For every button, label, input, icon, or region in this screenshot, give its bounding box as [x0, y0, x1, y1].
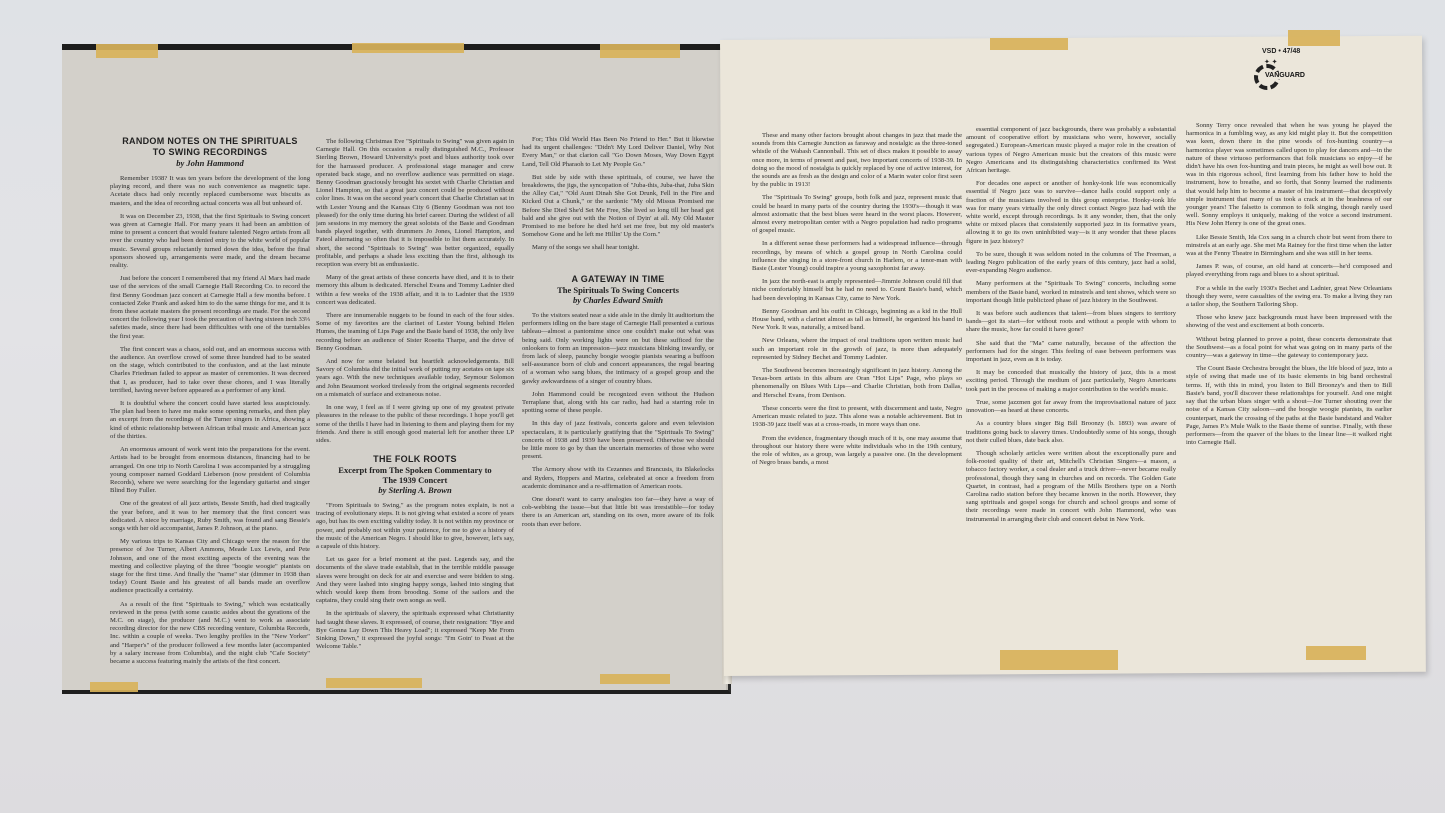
- paragraph: True, some jazzmen got far away from the…: [966, 399, 1176, 415]
- paragraph: An enormous amount of work went into the…: [110, 446, 310, 495]
- article-subtitle: Excerpt from The Spoken Commentary to: [316, 465, 514, 475]
- byline: by John Hammond: [110, 158, 310, 169]
- byline: by Sterling A. Brown: [316, 485, 514, 496]
- paragraph: These concerts were the first to present…: [752, 405, 962, 430]
- paragraph: The Armory show with its Cezannes and Br…: [522, 466, 714, 491]
- paragraph: These and many other factors brought abo…: [752, 132, 962, 189]
- paragraph: The first concert was a chaos, sold out,…: [110, 346, 310, 395]
- paragraph: essential component of jazz backgrounds,…: [966, 126, 1176, 175]
- vanguard-logo-icon: ✦ ✦ VANGUARD: [1250, 58, 1310, 98]
- article-title: THE FOLK ROOTS: [316, 454, 514, 465]
- paragraph: It may be conceded that musically the hi…: [966, 369, 1176, 394]
- paragraph: Many of the songs we shall hear tonight.: [522, 244, 714, 252]
- paragraph: James P. was, of course, an old hand at …: [1186, 263, 1392, 279]
- masking-tape: [90, 682, 138, 692]
- paragraph: One doesn't want to carry analogies too …: [522, 496, 714, 529]
- paragraph: The Southwest becomes increasingly signi…: [752, 367, 962, 400]
- paragraph: New Orleans, where the impact of oral tr…: [752, 337, 962, 362]
- paragraph: It is doubtful where the concert could h…: [110, 400, 310, 441]
- paragraph: Without being planned to prove a point, …: [1186, 336, 1392, 361]
- masking-tape: [352, 43, 464, 53]
- paragraph: As a result of the first "Spirituals to …: [110, 601, 310, 667]
- article-folk-roots: THE FOLK ROOTS Excerpt from The Spoken C…: [316, 454, 514, 676]
- article-subtitle: The 1939 Concert: [316, 475, 514, 485]
- article-title: RANDOM NOTES ON THE SPIRITUALS TO SWING …: [110, 136, 310, 158]
- paragraph: Let us gaze for a brief moment at the pa…: [316, 556, 514, 605]
- article-title: A GATEWAY IN TIME: [522, 274, 714, 285]
- paragraph: And now for some belated but heartfelt a…: [316, 358, 514, 399]
- paragraph: She said that the "Ma" came naturally, b…: [966, 340, 1176, 365]
- paragraph: Though scholarly articles were written a…: [966, 450, 1176, 524]
- masking-tape: [1306, 646, 1366, 660]
- masking-tape: [1000, 650, 1118, 670]
- article-random-notes: RANDOM NOTES ON THE SPIRITUALS TO SWING …: [110, 136, 310, 676]
- article-subtitle: The Spirituals To Swing Concerts: [522, 285, 714, 295]
- paragraph: It was before such audiences that talent…: [966, 310, 1176, 335]
- article-gateway-in-time: A GATEWAY IN TIME The Spirituals To Swin…: [522, 274, 714, 676]
- paragraph: My various trips to Kansas City and Chic…: [110, 538, 310, 595]
- article-gateway-continued-col3: Sonny Terry once revealed that when he w…: [1186, 122, 1392, 642]
- paragraph: The "Spirituals To Swing" groups, both f…: [752, 194, 962, 235]
- paragraph: Benny Goodman and his outfit in Chicago,…: [752, 308, 962, 333]
- paragraph: For a while in the early 1930's Bechet a…: [1186, 285, 1392, 310]
- bird-icon: ✦ ✦: [1264, 58, 1277, 66]
- catalog-number: VSD • 47/48: [1262, 48, 1300, 55]
- paragraph: The following Christmas Eve "Spirituals …: [316, 138, 514, 269]
- paragraph: In a different sense these performers ha…: [752, 240, 962, 273]
- article-gateway-continued-col2: essential component of jazz backgrounds,…: [966, 126, 1176, 646]
- paragraph: In this day of jazz festivals, concerts …: [522, 420, 714, 461]
- masking-tape: [326, 678, 422, 688]
- title-line: TO SWING RECORDINGS: [110, 147, 310, 158]
- masking-tape: [1288, 30, 1340, 46]
- masking-tape: [990, 38, 1068, 50]
- paragraph: Many performers at the "Spirituals To Sw…: [966, 280, 1176, 305]
- paragraph: Many of the great artists of these conce…: [316, 274, 514, 307]
- paragraph: From the evidence, fragmentary though mu…: [752, 435, 962, 468]
- paragraph: To the visitors seated near a side aisle…: [522, 312, 714, 386]
- paragraph: John Hammond could be recognized even wi…: [522, 391, 714, 416]
- masking-tape: [96, 44, 158, 58]
- paragraph: "From Spirituals to Swing," as the progr…: [316, 502, 514, 551]
- paragraph: Those who knew jazz backgrounds must hav…: [1186, 314, 1392, 330]
- paragraph: In the spirituals of slavery, the spirit…: [316, 610, 514, 651]
- paragraph: One of the greatest of all jazz artists,…: [110, 500, 310, 533]
- paragraph: To be sure, though it was seldom noted i…: [966, 251, 1176, 276]
- paragraph: It was on December 23, 1938, that the fi…: [110, 213, 310, 270]
- paragraph: As a country blues singer Big Bill Broon…: [966, 420, 1176, 445]
- label-logo-text: VANGUARD: [1264, 72, 1306, 79]
- paragraph: For decades one aspect or another of hon…: [966, 180, 1176, 246]
- paragraph: For; This Old World Has Been No Friend t…: [522, 136, 714, 169]
- masking-tape: [600, 44, 680, 58]
- paragraph: In jazz the north-east is amply represen…: [752, 278, 962, 303]
- paragraph: There are innumerable nuggets to be foun…: [316, 312, 514, 353]
- paragraph: Remember 1938? It was ten years before t…: [110, 175, 310, 208]
- byline: by Charles Edward Smith: [522, 295, 714, 306]
- paragraph: The Count Basie Orchestra brought the bl…: [1186, 365, 1392, 447]
- paragraph: Sonny Terry once revealed that when he w…: [1186, 122, 1392, 229]
- title-line: RANDOM NOTES ON THE SPIRITUALS: [110, 136, 310, 147]
- article-random-notes-continued: The following Christmas Eve "Spirituals …: [316, 138, 514, 488]
- paragraph: But side by side with these spirituals, …: [522, 174, 714, 240]
- article-gateway-continued-col1: These and many other factors brought abo…: [752, 132, 962, 652]
- paragraph: In one way, I feel as if I were giving u…: [316, 404, 514, 445]
- paragraph: Like Bessie Smith, Ida Cox sang in a chu…: [1186, 234, 1392, 259]
- article-folk-roots-continued: For; This Old World Has Been No Friend t…: [522, 136, 714, 276]
- paragraph: Just before the concert I remembered tha…: [110, 275, 310, 341]
